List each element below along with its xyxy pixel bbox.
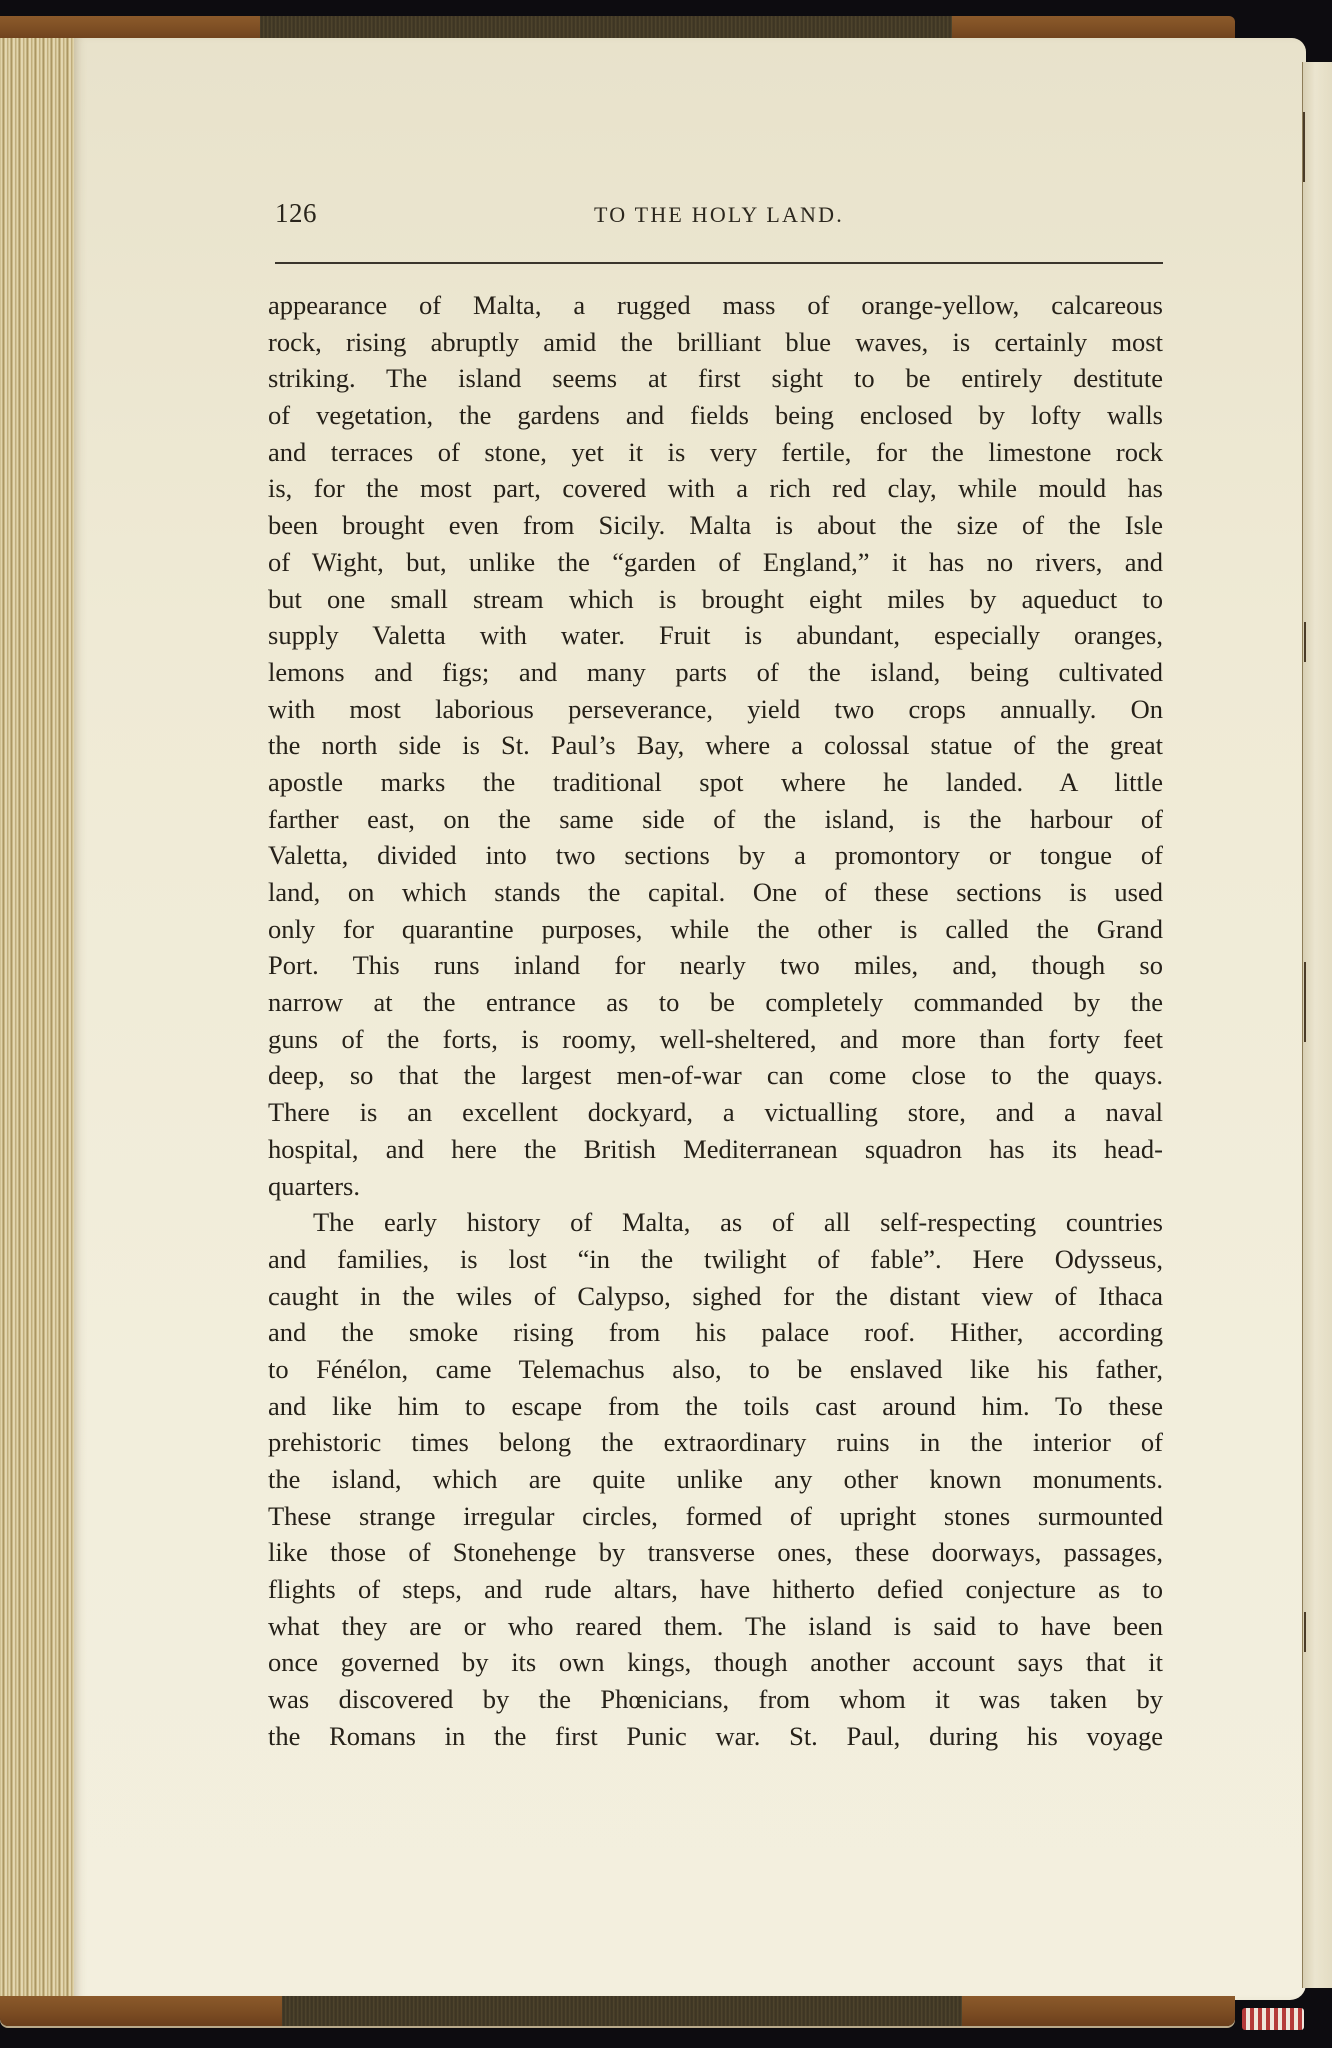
text-line: Valetta, divided into two sections by a … [268, 837, 1163, 874]
text-line: and the smoke rising from his palace roo… [268, 1314, 1163, 1351]
text-line: is, for the most part, covered with a ri… [268, 470, 1163, 507]
text-line: The early history of Malta, as of all se… [268, 1204, 1163, 1241]
text-line: the island, which are quite unlike any o… [268, 1461, 1163, 1498]
running-head: 126 TO THE HOLY LAND. [275, 198, 1163, 238]
text-line: rock, rising abruptly amid the brilliant… [268, 324, 1163, 361]
text-line: deep, so that the largest men-of-war can… [268, 1057, 1163, 1094]
text-line: prehistoric times belong the extraordina… [268, 1424, 1163, 1461]
cloth-cover [282, 1996, 962, 2026]
facing-page-edge [1302, 62, 1332, 1988]
text-line: and like him to escape from the toils ca… [268, 1388, 1163, 1425]
text-line: supply Valetta with water. Fruit is abun… [268, 617, 1163, 654]
text-line: These strange irregular circles, formed … [268, 1498, 1163, 1535]
text-line: land, on which stands the capital. One o… [268, 874, 1163, 911]
leather-corner [0, 1996, 282, 2026]
text-line: flights of steps, and rude altars, have … [268, 1571, 1163, 1608]
text-line: quarters. [268, 1168, 1163, 1205]
paragraph: The early history of Malta, as of all se… [268, 1204, 1163, 1754]
paragraph: appearance of Malta, a rugged mass of or… [268, 287, 1163, 1204]
text-line: with most laborious perseverance, yield … [268, 691, 1163, 728]
text-line: caught in the wiles of Calypso, sighed f… [268, 1278, 1163, 1315]
text-line: appearance of Malta, a rugged mass of or… [268, 287, 1163, 324]
headband [1242, 2008, 1304, 2030]
page-mark [1304, 1612, 1306, 1652]
text-line: Port. This runs inland for nearly two mi… [268, 947, 1163, 984]
text-line: of vegetation, the gardens and fields be… [268, 397, 1163, 434]
book-bottom-board [0, 1996, 1235, 2026]
text-line: and terraces of stone, yet it is very fe… [268, 434, 1163, 471]
leather-corner [962, 1996, 1235, 2026]
text-line: the north side is St. Paul’s Bay, where … [268, 727, 1163, 764]
text-line: striking. The island seems at first sigh… [268, 360, 1163, 397]
text-line: like those of Stonehenge by transverse o… [268, 1534, 1163, 1571]
page-mark [1304, 622, 1306, 662]
text-line: farther east, on the same side of the is… [268, 801, 1163, 838]
text-line: the Romans in the first Punic war. St. P… [268, 1718, 1163, 1755]
text-line: There is an excellent dockyard, a victua… [268, 1094, 1163, 1131]
text-line: only for quarantine purposes, while the … [268, 911, 1163, 948]
text-line: apostle marks the traditional spot where… [268, 764, 1163, 801]
text-line: narrow at the entrance as to be complete… [268, 984, 1163, 1021]
running-title: TO THE HOLY LAND. [275, 202, 1163, 228]
page-stack-edge [0, 38, 78, 2000]
text-line: but one small stream which is brought ei… [268, 581, 1163, 618]
page-mark [1303, 112, 1305, 182]
text-line: lemons and figs; and many parts of the i… [268, 654, 1163, 691]
text-line: guns of the forts, is roomy, well-shelte… [268, 1021, 1163, 1058]
page-mark [1304, 962, 1306, 1042]
text-line: once governed by its own kings, though a… [268, 1644, 1163, 1681]
header-rule [275, 262, 1163, 264]
text-line: and families, is lost “in the twilight o… [268, 1241, 1163, 1278]
text-line: what they are or who reared them. The is… [268, 1608, 1163, 1645]
text-line: was discovered by the Phœnicians, from w… [268, 1681, 1163, 1718]
body-text: appearance of Malta, a rugged mass of or… [268, 287, 1163, 1755]
text-line: hospital, and here the British Mediterra… [268, 1131, 1163, 1168]
text-line: to Fénélon, came Telemachus also, to be … [268, 1351, 1163, 1388]
text-line: been brought even from Sicily. Malta is … [268, 507, 1163, 544]
text-line: of Wight, but, unlike the “garden of Eng… [268, 544, 1163, 581]
